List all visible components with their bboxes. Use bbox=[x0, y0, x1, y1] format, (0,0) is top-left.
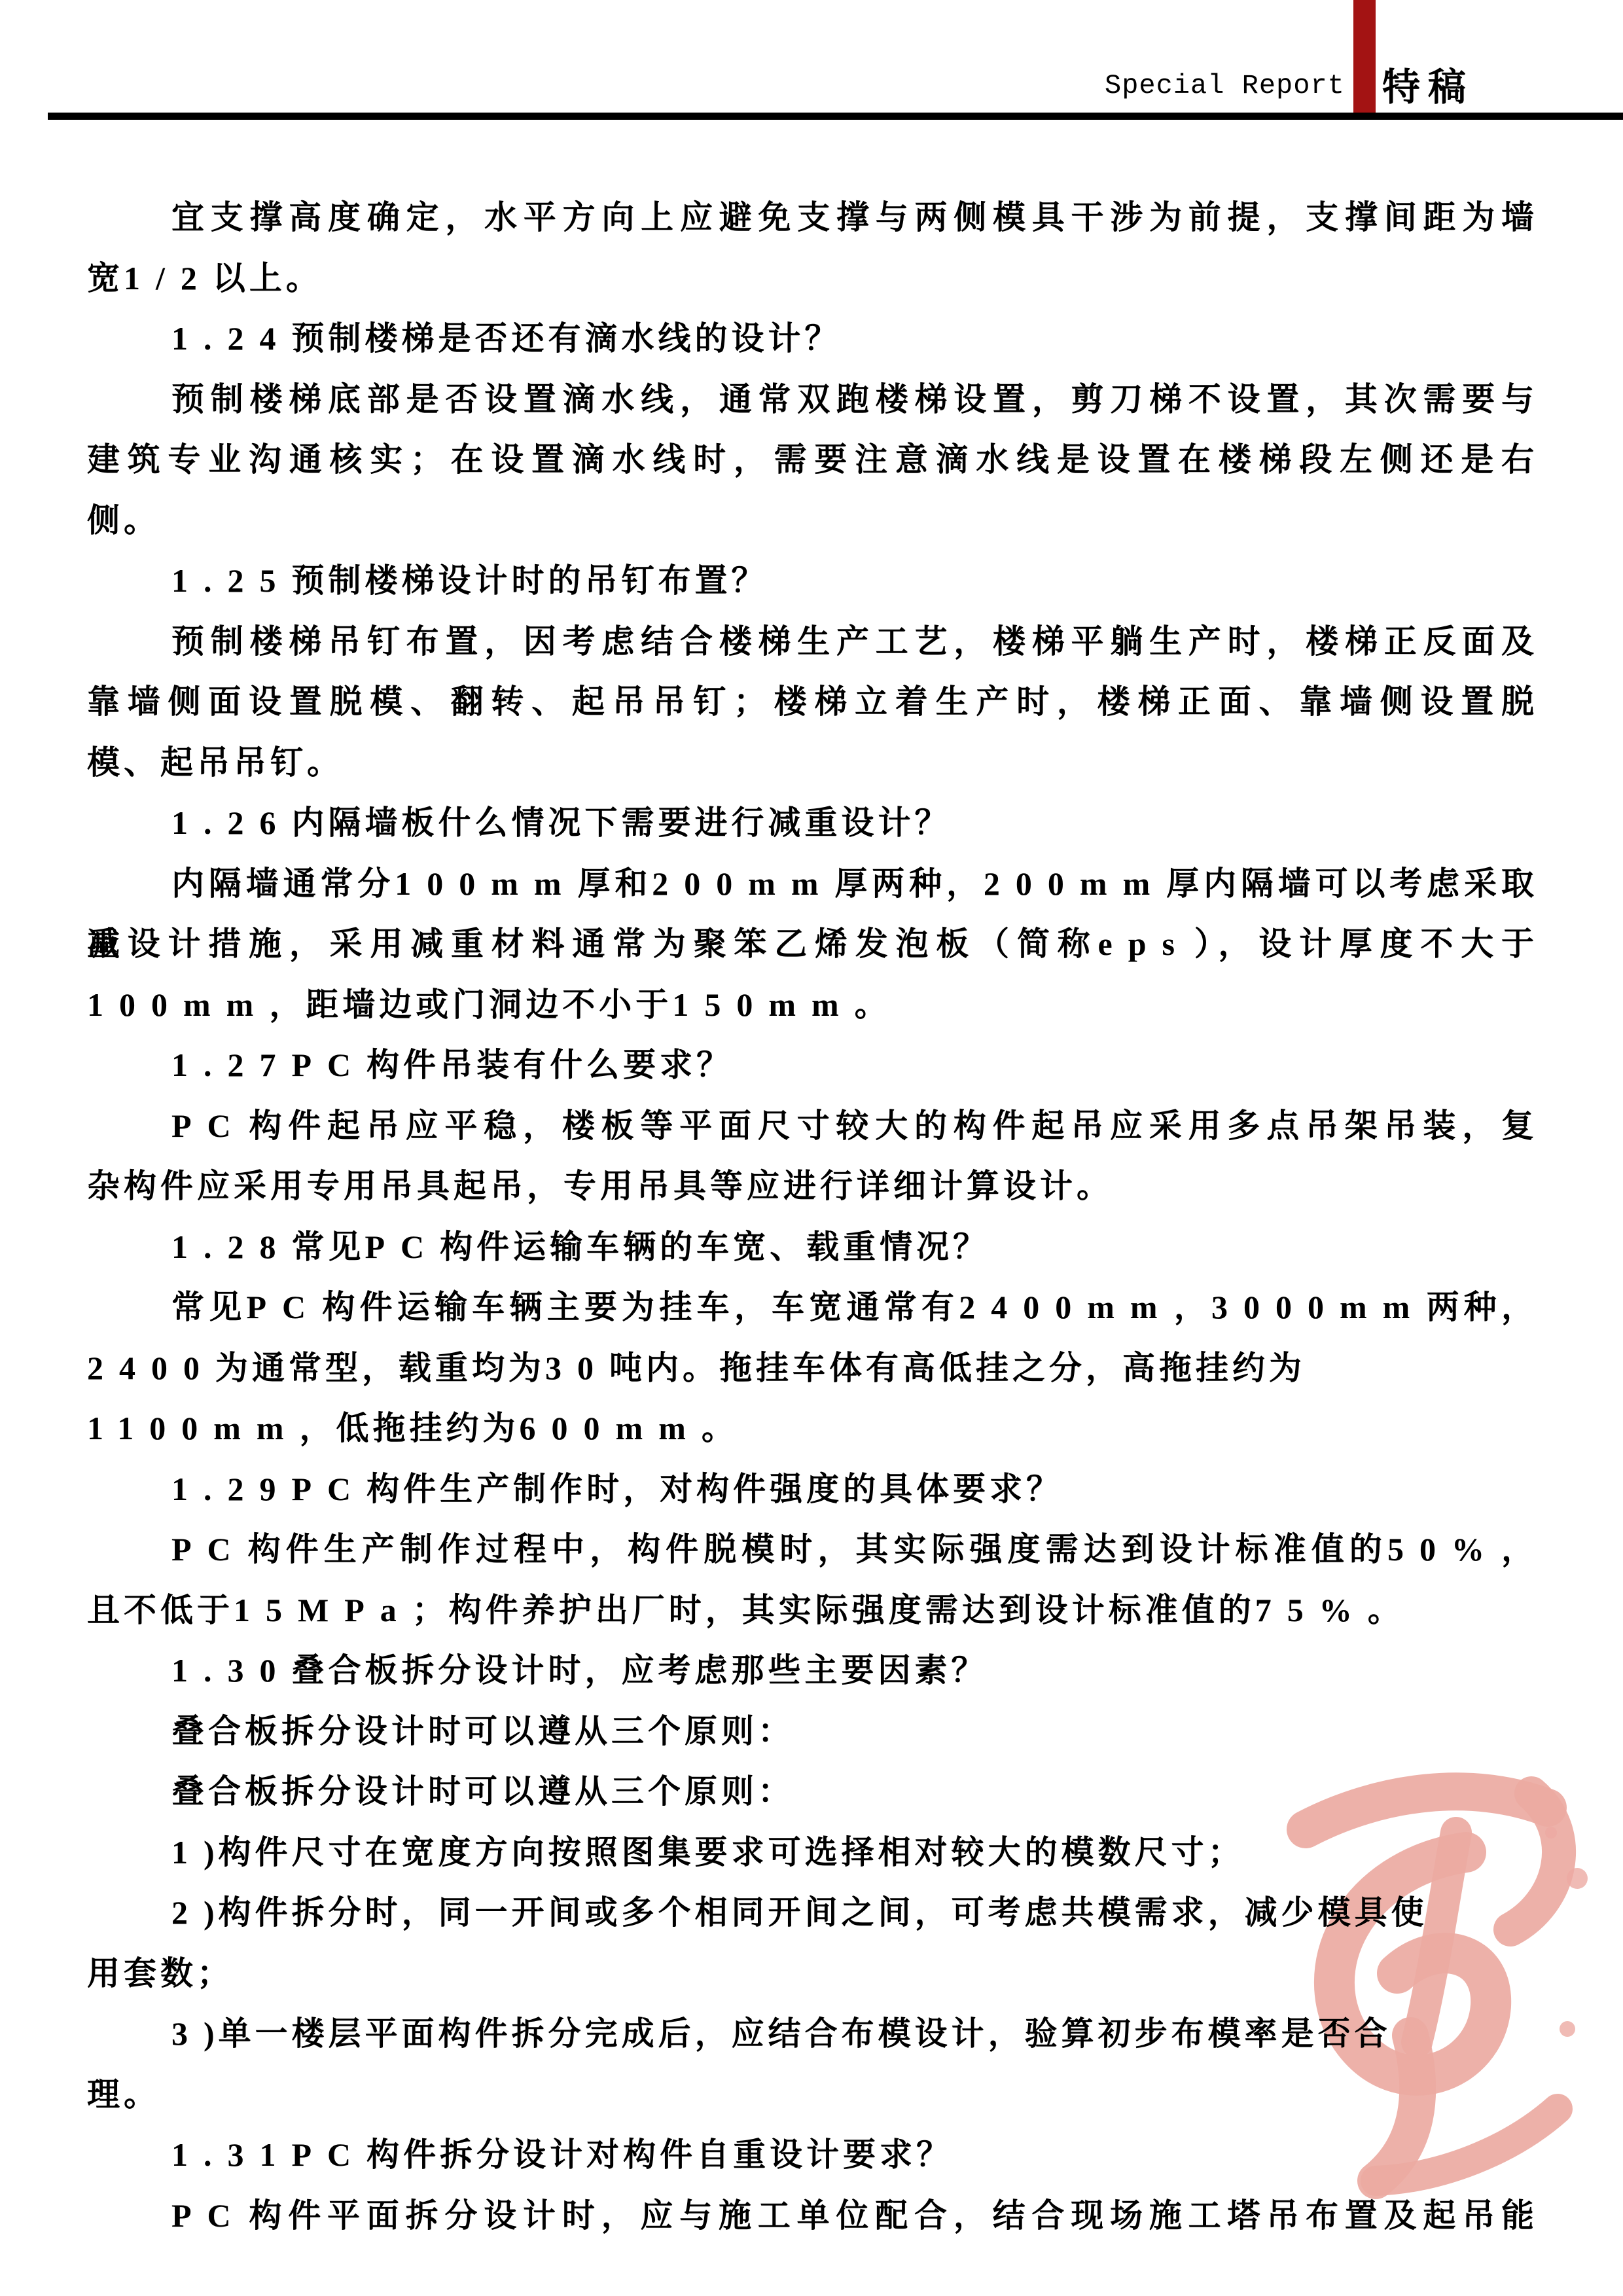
document-page: Special Report 特稿 宜支撑高度确定，水平方向上应避免支撑与两侧模… bbox=[0, 0, 1623, 2296]
header-chinese-label: 特稿 bbox=[1382, 65, 1474, 109]
latin-run: PC bbox=[171, 1531, 247, 1568]
latin-run: PC bbox=[246, 1289, 321, 1325]
latin-run: 2 bbox=[171, 1894, 204, 1931]
text-line: 且不低于15MPa；构件养护出厂时，其实际强度需达到设计标准值的75%。 bbox=[87, 1580, 1538, 1641]
latin-run: 1.29PC bbox=[171, 1471, 366, 1507]
text-line: 1.31PC构件拆分设计对构件自重设计要求？ bbox=[87, 2125, 1538, 2185]
text-line: 建筑专业沟通核实；在设置滴水线时，需要注意滴水线是设置在楼梯段左侧还是右 bbox=[87, 429, 1538, 490]
latin-run: 75% bbox=[1255, 1592, 1368, 1628]
latin-run: eps bbox=[1098, 925, 1190, 962]
text-line: 叠合板拆分设计时可以遵从三个原则： bbox=[87, 1701, 1538, 1762]
text-line: 1)构件尺寸在宽度方向按照图集要求可选择相对较大的模数尺寸； bbox=[87, 1822, 1538, 1883]
latin-run: 30 bbox=[545, 1350, 609, 1386]
text-line: 1.27PC构件吊装有什么要求？ bbox=[87, 1035, 1538, 1096]
text-line: 1.29PC构件生产制作时，对构件强度的具体要求？ bbox=[87, 1459, 1538, 1520]
text-line: 1.26内隔墙板什么情况下需要进行减重设计？ bbox=[87, 793, 1538, 853]
latin-run: 2400mm bbox=[959, 1289, 1173, 1325]
text-line: 理。 bbox=[87, 2064, 1538, 2125]
text-line: 1.28常见PC构件运输车辆的车宽、载重情况？ bbox=[87, 1217, 1538, 1278]
latin-run: 3 bbox=[171, 2015, 204, 2052]
latin-run: 1.26 bbox=[171, 804, 292, 841]
text-line: 3)单一楼层平面构件拆分完成后，应结合布模设计，验算初步布模率是否合 bbox=[87, 2003, 1538, 2064]
text-line: 1.25预制楼梯设计时的吊钉布置？ bbox=[87, 550, 1538, 611]
text-line: 杂构件应采用专用吊具起吊，专用吊具等应进行详细计算设计。 bbox=[87, 1156, 1538, 1217]
text-line: 1.24预制楼梯是否还有滴水线的设计？ bbox=[87, 308, 1538, 369]
latin-run: 2400 bbox=[87, 1350, 215, 1386]
text-line: PC构件平面拆分设计时，应与施工单位配合，结合现场施工塔吊布置及起吊能 bbox=[87, 2185, 1538, 2246]
text-line: 内隔墙通常分100mm厚和200mm厚两种，200mm厚内隔墙可以考虑采取减 bbox=[87, 853, 1538, 914]
text-line: 宜支撑高度确定，水平方向上应避免支撑与两侧模具干涉为前提，支撑间距为墙 bbox=[87, 187, 1538, 248]
latin-run: PC bbox=[171, 2197, 247, 2234]
latin-run: 1.25 bbox=[171, 562, 292, 599]
latin-run: 1.27PC bbox=[171, 1047, 366, 1083]
text-line: 靠墙侧面设置脱模、翻转、起吊吊钉；楼梯立着生产时，楼梯正面、靠墙侧设置脱 bbox=[87, 672, 1538, 732]
latin-run: 600mm bbox=[520, 1410, 702, 1446]
text-line: 叠合板拆分设计时可以遵从三个原则： bbox=[87, 1761, 1538, 1822]
latin-run: 200mm bbox=[652, 865, 834, 902]
text-line: 2400为通常型，载重均为30吨内。拖挂车体有高低挂之分，高拖挂约为 bbox=[87, 1338, 1538, 1399]
text-line: 用套数； bbox=[87, 1943, 1538, 2004]
stamp-speckle bbox=[1545, 1827, 1557, 1839]
latin-run: 50% bbox=[1387, 1531, 1500, 1568]
latin-run: 1.31PC bbox=[171, 2136, 366, 2173]
text-line: 预制楼梯底部是否设置滴水线，通常双跑楼梯设置，剪刀梯不设置，其次需要与 bbox=[87, 369, 1538, 430]
latin-run: 150mm bbox=[672, 986, 854, 1023]
body-text: 宜支撑高度确定，水平方向上应避免支撑与两侧模具干涉为前提，支撑间距为墙宽1/2以… bbox=[87, 187, 1538, 2246]
latin-run: 15MPa bbox=[234, 1592, 412, 1628]
text-line: 常见PC构件运输车辆主要为挂车，车宽通常有2400mm，3000mm两种， bbox=[87, 1277, 1538, 1338]
latin-run: 100mm bbox=[87, 986, 269, 1023]
header-english-label: Special Report bbox=[1105, 63, 1345, 109]
latin-run: 200mm bbox=[984, 865, 1166, 902]
latin-run: 1.30 bbox=[171, 1652, 292, 1689]
text-line: 预制楼梯吊钉布置，因考虑结合楼梯生产工艺，楼梯平躺生产时，楼梯正反面及 bbox=[87, 611, 1538, 672]
stamp-speckle bbox=[1567, 1868, 1588, 1889]
text-line: 宽1/2以上。 bbox=[87, 248, 1538, 309]
latin-run: 1 bbox=[171, 1834, 204, 1871]
latin-run: 1100mm bbox=[87, 1410, 300, 1446]
text-line: 模、起吊吊钉。 bbox=[87, 732, 1538, 793]
text-line: PC构件起吊应平稳，楼板等平面尺寸较大的构件起吊应采用多点吊架吊装，复 bbox=[87, 1096, 1538, 1157]
text-line: 2)构件拆分时，同一开间或多个相同开间之间，可考虑共模需求，减少模具使 bbox=[87, 1882, 1538, 1943]
latin-run: 1.24 bbox=[171, 320, 292, 357]
text-line: 重设计措施，采用减重材料通常为聚笨乙烯发泡板（简称eps），设计厚度不大于 bbox=[87, 914, 1538, 975]
latin-run: PC bbox=[171, 1107, 247, 1144]
latin-run: 100mm bbox=[395, 865, 577, 902]
text-line: 1.30叠合板拆分设计时，应考虑那些主要因素？ bbox=[87, 1640, 1538, 1701]
latin-run: 1/2 bbox=[124, 260, 213, 296]
text-line: 100mm，距墙边或门洞边不小于150mm。 bbox=[87, 975, 1538, 1035]
latin-run: 1.28 bbox=[171, 1229, 292, 1265]
text-line: PC构件生产制作过程中，构件脱模时，其实际强度需达到设计标准值的50%， bbox=[87, 1519, 1538, 1580]
stamp-speckle bbox=[1560, 2021, 1575, 2037]
header-red-bar bbox=[1353, 0, 1376, 113]
header-rule bbox=[48, 113, 1623, 120]
latin-run: 3000mm bbox=[1211, 1289, 1425, 1325]
latin-run: PC bbox=[365, 1229, 440, 1265]
text-line: 1100mm，低拖挂约为600mm。 bbox=[87, 1398, 1538, 1459]
text-line: 侧。 bbox=[87, 490, 1538, 551]
